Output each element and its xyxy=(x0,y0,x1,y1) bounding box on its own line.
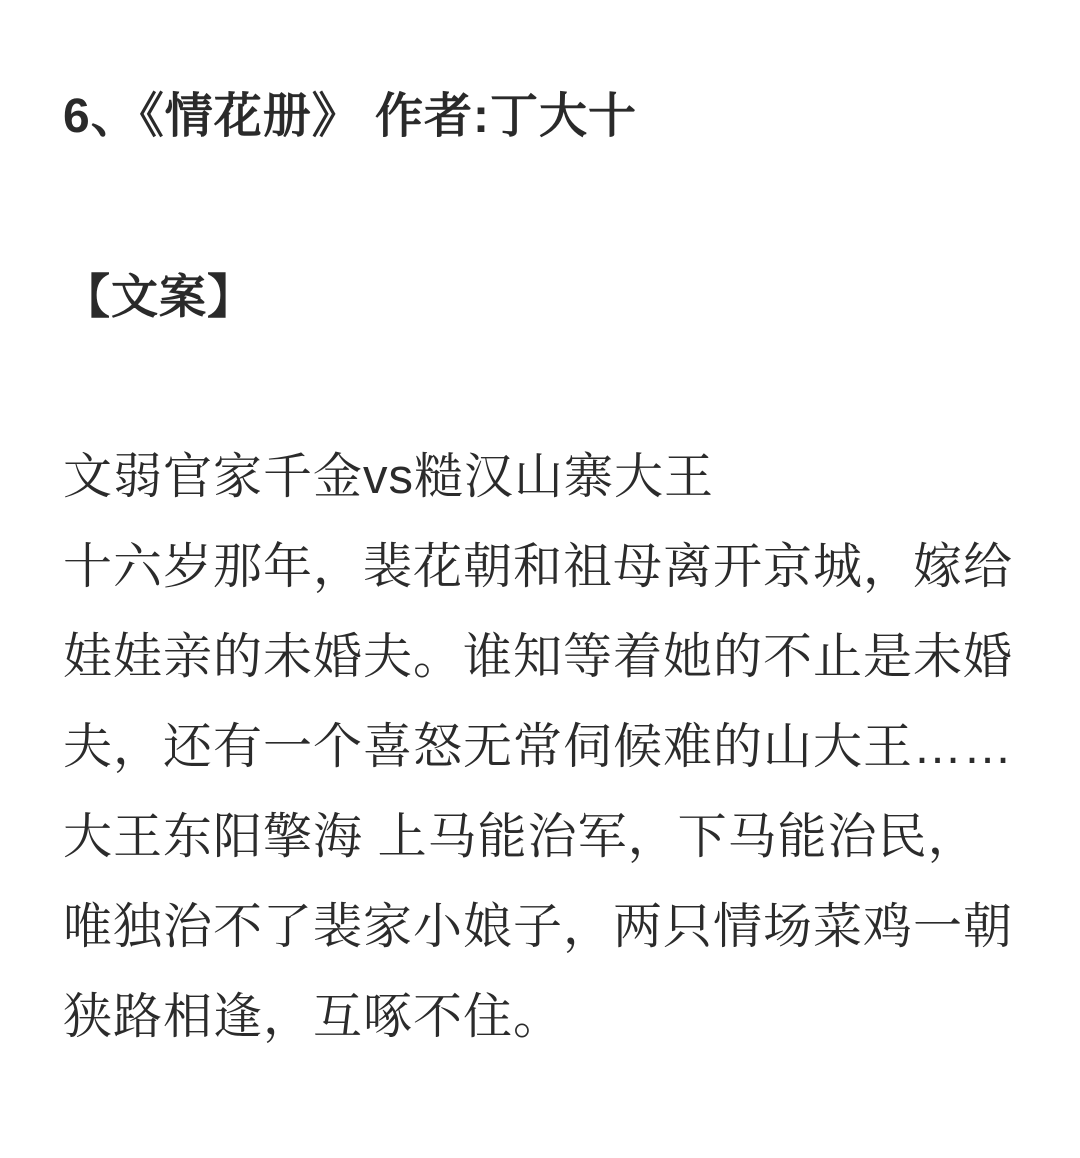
synopsis-tagline: 文弱官家千金vs糙汉山寨大王 xyxy=(63,432,1019,522)
book-title-heading: 6、《情花册》 作者:丁大十 xyxy=(63,72,1020,162)
synopsis-body: 文弱官家千金vs糙汉山寨大王 十六岁那年，裴花朝和祖母离开京城，嫁给娃娃亲的未婚… xyxy=(63,432,1019,1062)
synopsis-section-label: 【文案】 xyxy=(63,252,1020,342)
synopsis-paragraph: 十六岁那年，裴花朝和祖母离开京城，嫁给娃娃亲的未婚夫。谁知等着她的不止是未婚夫，… xyxy=(63,522,1019,792)
book-listing-page: 6、《情花册》 作者:丁大十 【文案】 文弱官家千金vs糙汉山寨大王 十六岁那年… xyxy=(0,0,1080,1158)
synopsis-paragraph: 大王东阳擎海 上马能治军，下马能治民，唯独治不了裴家小娘子，两只情场菜鸡一朝狭路… xyxy=(63,792,1019,1062)
